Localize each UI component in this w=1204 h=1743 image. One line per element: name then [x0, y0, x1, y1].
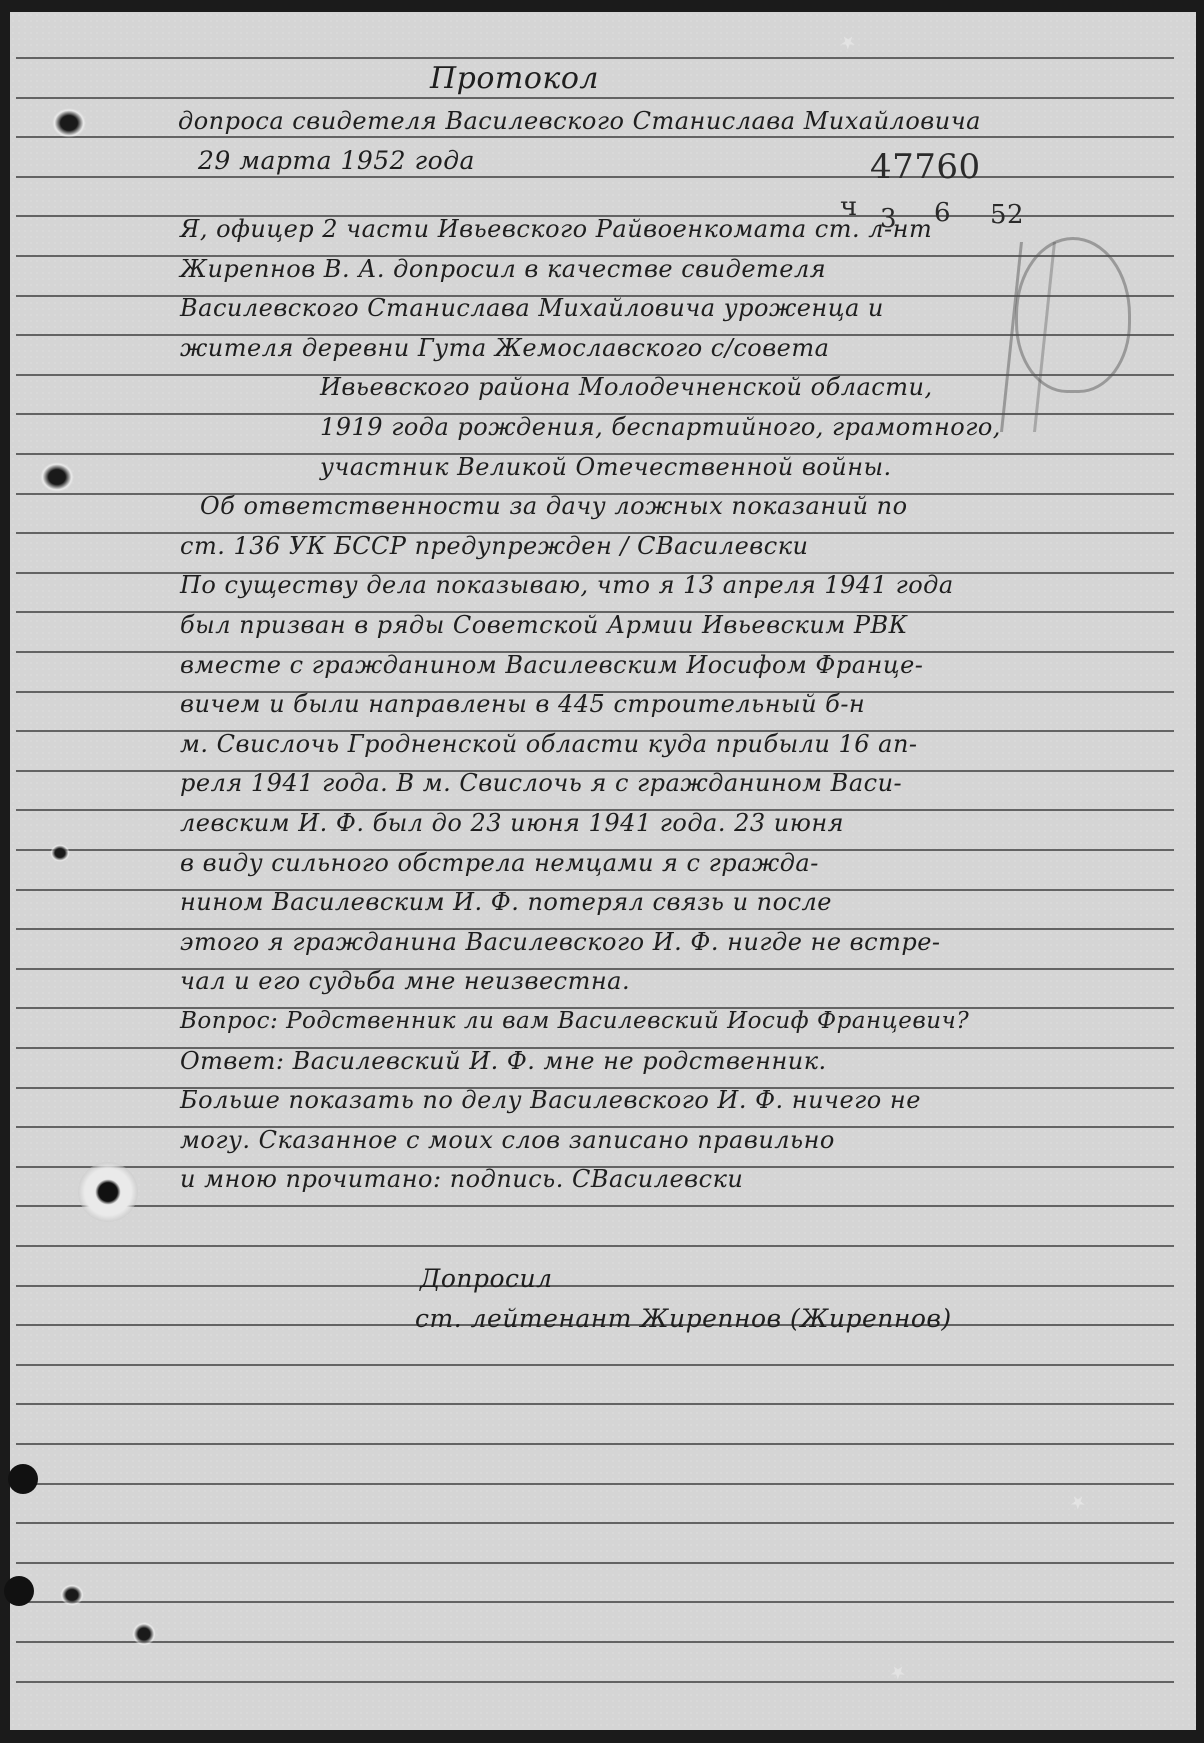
ruled-line	[16, 1601, 1174, 1603]
body-line: этого я гражданина Василевского И. Ф. ни…	[180, 927, 941, 957]
document-page: Протокол допроса свидетеля Василевского …	[10, 12, 1196, 1730]
punch-hole-reinforced	[78, 1162, 138, 1222]
body-line: в виду сильного обстрела немцами я с гра…	[180, 848, 819, 878]
body-line: чал и его судьба мне неизвестна.	[180, 966, 630, 996]
body-line: Ответ: Василевский И. Ф. мне не родствен…	[180, 1046, 827, 1076]
punch-hole	[4, 1576, 34, 1606]
body-line: реля 1941 года. В м. Свислочь я с гражда…	[180, 768, 902, 798]
body-line: был призван в ряды Советской Армии Ивьев…	[180, 610, 908, 640]
archive-mark-3: 6	[934, 198, 951, 228]
watermark-star: ★	[1065, 1489, 1090, 1515]
punch-hole-torn	[40, 462, 74, 492]
body-line: жителя деревни Гута Жемославского с/сове…	[180, 333, 829, 363]
body-line: и мною прочитано: подпись. СВасилевски	[180, 1164, 743, 1194]
body-line: Жирепнов В. А. допросил в качестве свиде…	[180, 254, 826, 284]
closing-signature: ст. лейтенант Жирепнов (Жирепнов)	[415, 1304, 952, 1334]
body-line: м. Свислочь Гродненской области куда при…	[180, 729, 918, 759]
ruled-line	[16, 1205, 1174, 1207]
body-line: Об ответственности за дачу ложных показа…	[200, 491, 908, 521]
ruled-line	[16, 1443, 1174, 1445]
body-line: По существу дела показываю, что я 13 апр…	[180, 570, 954, 600]
ruled-line	[16, 97, 1174, 99]
ruled-line	[16, 1245, 1174, 1247]
archive-number: 47760	[870, 152, 981, 182]
body-line: Василевского Станислава Михайловича урож…	[180, 293, 884, 323]
ruled-line	[16, 1364, 1174, 1366]
ruled-line	[16, 1562, 1174, 1564]
body-line: могу. Сказанное с моих слов записано пра…	[180, 1125, 835, 1155]
document-subtitle: допроса свидетеля Василевского Станислав…	[178, 106, 981, 136]
body-line: нином Василевским И. Ф. потерял связь и …	[180, 887, 832, 917]
ruled-line	[16, 1681, 1174, 1683]
body-line: Ивьевского района Молодечненской области…	[320, 372, 933, 402]
punch-hole-small	[50, 844, 70, 862]
ruled-line	[16, 176, 1174, 178]
ruled-line	[16, 1285, 1174, 1287]
body-line: Больше показать по делу Василевского И. …	[180, 1085, 921, 1115]
punch-hole-small	[60, 1584, 84, 1606]
punch-hole-small	[132, 1622, 156, 1646]
body-line: Вопрос: Родственник ли вам Василевский И…	[180, 1006, 969, 1036]
body-line: 1919 года рождения, беспартийного, грамо…	[320, 412, 1001, 442]
body-line: ст. 136 УК БССР предупрежден / СВасилевс…	[180, 531, 809, 561]
ruled-line	[16, 57, 1174, 59]
archive-mark-4: 52	[990, 200, 1024, 230]
body-line: левским И. Ф. был до 23 июня 1941 года. …	[180, 808, 844, 838]
document-title: Протокол	[430, 64, 599, 94]
ruled-line	[16, 1641, 1174, 1643]
ruled-line	[16, 1522, 1174, 1524]
document-date: 29 марта 1952 года	[198, 146, 475, 176]
ruled-line	[16, 1483, 1174, 1485]
body-line: Я, офицер 2 части Ивьевского Райвоенкома…	[180, 214, 932, 244]
body-line: участник Великой Отечественной войны.	[320, 452, 892, 482]
ruled-line	[16, 1403, 1174, 1405]
punch-hole-torn	[52, 108, 86, 138]
ruled-line	[16, 136, 1174, 138]
watermark-star: ★	[835, 29, 860, 55]
closing-label: Допросил	[420, 1264, 553, 1294]
punch-hole	[8, 1464, 38, 1494]
body-line: вместе с гражданином Василевским Иосифом…	[180, 650, 923, 680]
body-line: вичем и были направлены в 445 строительн…	[180, 689, 865, 719]
